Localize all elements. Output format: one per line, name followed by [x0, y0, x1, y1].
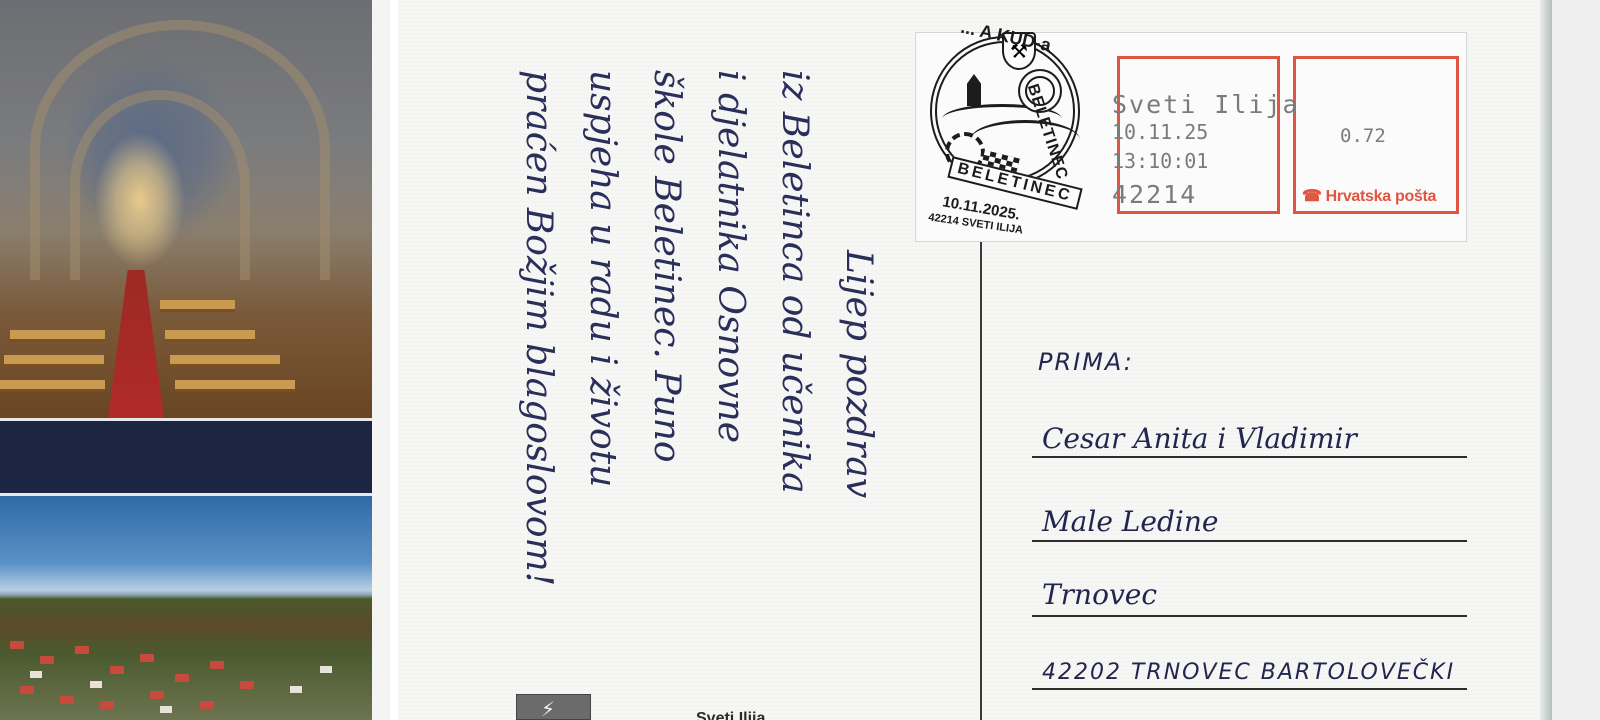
roof	[150, 691, 164, 699]
brand-name: Hrvatska pošta	[1326, 188, 1437, 205]
meter-place: Sveti Ilija	[1112, 90, 1300, 119]
roof	[140, 654, 154, 662]
post-horn-icon: ☎	[1302, 188, 1322, 205]
publisher-logo: ⚡	[516, 694, 591, 720]
pew	[165, 330, 255, 342]
message-line: Lijep pozdrav	[826, 70, 890, 710]
roof	[20, 686, 34, 694]
message-line: uspjeha u radu i životu	[570, 70, 634, 710]
house	[290, 686, 302, 693]
roof	[10, 641, 24, 649]
arch-decoration	[70, 90, 250, 280]
roof	[200, 701, 214, 709]
address-line-name: Cesar Anita i Vladimir	[1042, 422, 1357, 455]
house	[320, 666, 332, 673]
publisher-text: Sveti Ilija	[696, 710, 765, 720]
pew	[0, 380, 105, 392]
address-rule	[1032, 688, 1467, 690]
postage-value: 0.72	[1340, 125, 1386, 147]
address-line-street: Male Ledine	[1042, 505, 1218, 538]
navy-band	[0, 418, 372, 496]
pew	[175, 380, 295, 392]
red-carpet-aisle	[108, 270, 164, 418]
roof	[110, 666, 124, 674]
postcard-front-photos	[0, 0, 390, 720]
meter-time: 13:10:01	[1112, 149, 1208, 173]
lightning-icon: ⚡	[541, 697, 555, 720]
recipient-label: PRIMA:	[1038, 348, 1134, 376]
message-line: škole Beletinec. Puno	[634, 70, 698, 710]
roof	[210, 661, 224, 669]
address-rule	[1032, 540, 1467, 542]
pew	[10, 330, 105, 342]
roof	[75, 646, 89, 654]
roof	[100, 701, 114, 709]
message-line: i djelatnika Osnovne	[698, 70, 762, 710]
postcard-divider	[980, 232, 982, 720]
commemorative-postmark: ⚒ ... A KUD-a BELETINEC BELETINEC 10.11.…	[920, 22, 1095, 232]
background	[1552, 0, 1600, 720]
village-aerial-photo	[0, 496, 372, 720]
house	[30, 671, 42, 678]
church-interior-photo	[0, 0, 372, 418]
pew	[4, 355, 104, 367]
pew	[160, 300, 235, 312]
handwritten-message: Lijep pozdrav iz Beletinca od učenika i …	[500, 70, 890, 710]
address-line-postal: 42202 TRNOVEC BARTOLOVEČKI	[1042, 660, 1455, 685]
address-rule	[1032, 456, 1467, 458]
roof	[60, 696, 74, 704]
pew	[170, 355, 280, 367]
meter-date: 10.11.25	[1112, 120, 1208, 144]
house	[160, 706, 172, 713]
house	[90, 681, 102, 688]
roof	[40, 656, 54, 664]
address-rule	[1032, 615, 1467, 617]
hrvatska-posta-logo: ☎Hrvatska pošta	[1302, 186, 1436, 206]
roof	[175, 674, 189, 682]
address-line-town: Trnovec	[1042, 578, 1157, 611]
message-line: iz Beletinca od učenika	[762, 70, 826, 710]
postcard-edge	[1540, 0, 1552, 720]
meter-postal-code: 42214	[1112, 180, 1197, 209]
roof	[240, 681, 254, 689]
message-line: praćen Božjim blagoslovom!	[506, 70, 570, 710]
